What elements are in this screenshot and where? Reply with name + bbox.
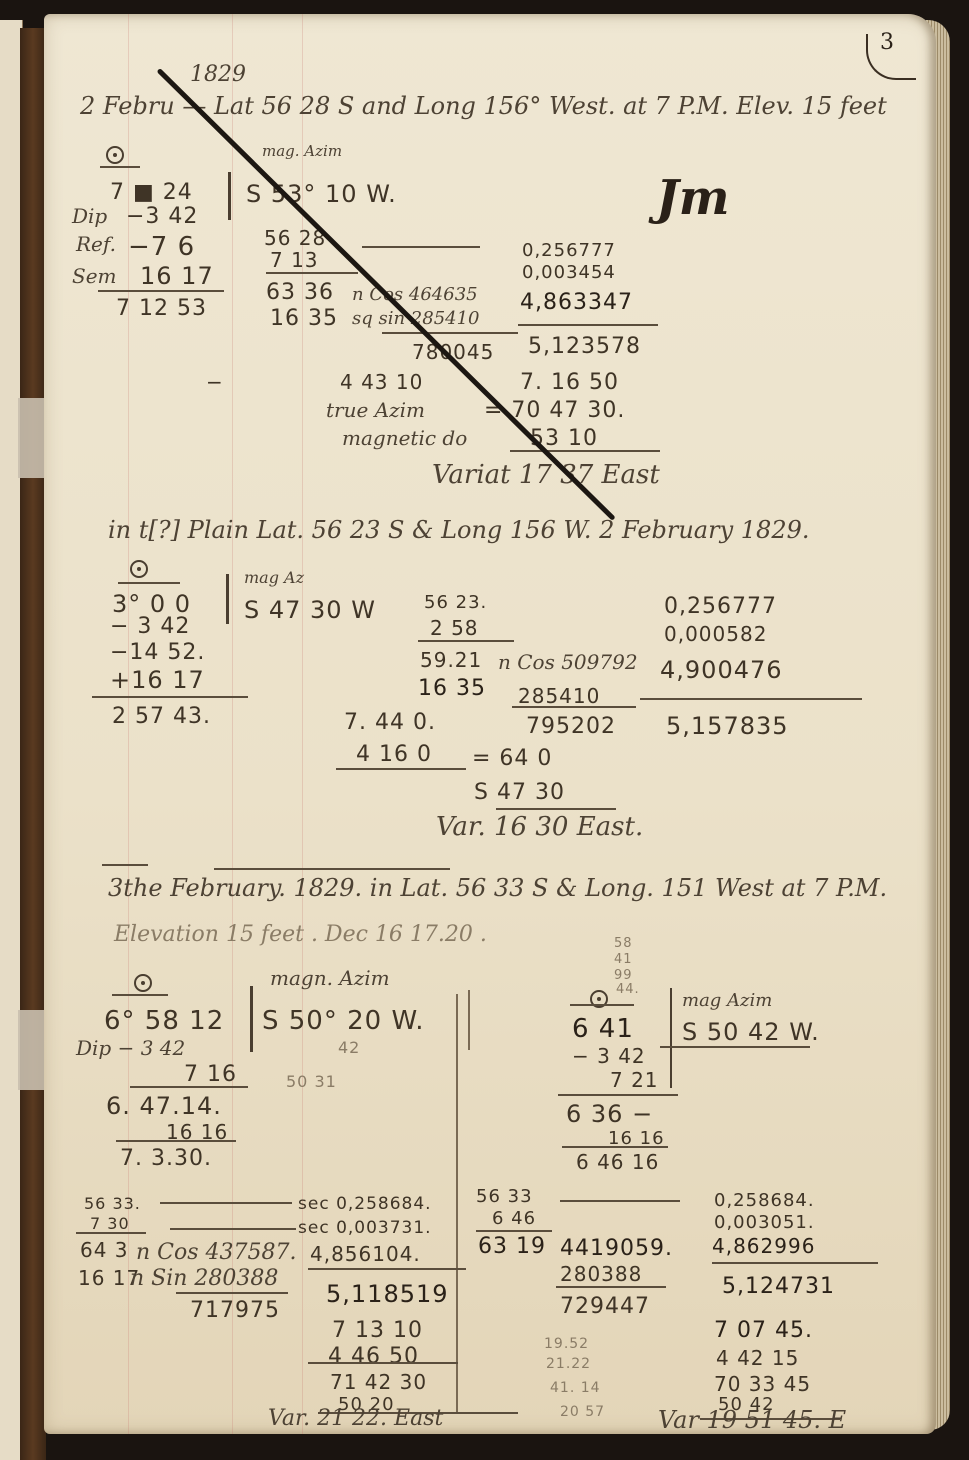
rule-line <box>560 1200 680 1202</box>
signature: Jm <box>656 170 730 226</box>
sum-line <box>556 1286 666 1288</box>
sun-symbol <box>106 146 124 168</box>
sum-line <box>98 290 224 292</box>
sum-line <box>336 768 466 770</box>
lat-row: 16 35 <box>418 676 486 701</box>
alt-row: −14 52. <box>110 640 205 665</box>
log-value: 5,124731 <box>722 1274 835 1299</box>
variation-result: Var. 21 22. East <box>268 1406 443 1431</box>
sum-line <box>308 1362 458 1364</box>
alt-row: 6. 47.14. <box>106 1092 222 1120</box>
sum-line <box>562 1146 668 1148</box>
mag-azim-value: S 50° 20 W. <box>262 1006 424 1036</box>
sum-line <box>130 1086 248 1088</box>
notebook-spine <box>20 28 46 1460</box>
sum-line <box>418 640 514 642</box>
lat-row: 56 23. <box>424 592 487 613</box>
alt-row: 6° 58 12 <box>104 1006 224 1036</box>
mag-azim-label: mag. Azim <box>262 142 342 160</box>
alt-label: Ref. <box>76 232 116 256</box>
lat-row: 56 33. <box>84 1194 141 1213</box>
hour-angle: 4 46 50 <box>328 1344 419 1369</box>
underline <box>570 1004 634 1006</box>
alt-row: 6 46 16 <box>576 1150 659 1174</box>
alt-row: − 3 42 <box>572 1044 646 1068</box>
alt-row: 7 ■ 24 <box>110 180 193 205</box>
divider <box>670 988 672 1088</box>
alt-row: 7. 3.30. <box>120 1146 212 1171</box>
sum-line <box>512 706 636 708</box>
hour-angle: 7 07 45. <box>714 1318 813 1343</box>
log-sum: 795202 <box>526 714 616 739</box>
side-calc: 50 31 <box>286 1072 337 1091</box>
true-azim-value: 71 42 30 <box>330 1370 427 1394</box>
sum-line <box>266 272 358 274</box>
margin-rule <box>232 14 233 1434</box>
side-calc: 41 <box>614 952 633 967</box>
sun-symbol <box>134 974 152 996</box>
sum-line <box>176 1292 288 1294</box>
alt-label: Dip <box>72 204 107 228</box>
log-label: 280388 <box>560 1262 642 1286</box>
log-label: 4419059. <box>560 1236 673 1261</box>
log-value: 4,862996 <box>712 1234 815 1258</box>
log-label: 285410 <box>518 684 600 708</box>
hour-angle: 7. 44 0. <box>344 710 436 735</box>
hour-angle-decimal: 7. 16 50 <box>520 370 619 395</box>
lat-row: 16 35 <box>270 306 338 331</box>
sum-line <box>76 1232 146 1234</box>
underline <box>112 994 168 996</box>
log-label: n Cos 464635 <box>352 284 478 305</box>
rule-line <box>160 1202 292 1204</box>
sum-line <box>712 1262 878 1264</box>
log-label: n Sin 280388 <box>130 1266 278 1291</box>
true-azim-value: 70 33 45 <box>714 1372 811 1396</box>
hour-angle: 7 13 10 <box>332 1318 423 1343</box>
mag-azim-label: magn. Azim <box>270 966 390 990</box>
underline <box>118 582 180 584</box>
page-crease <box>456 994 458 1414</box>
lat-row: 7 13 <box>270 248 319 272</box>
log-value: 0,258684. <box>714 1190 815 1211</box>
dash: − <box>206 370 224 394</box>
alt-row: 6 41 <box>572 1014 634 1044</box>
lat-row: 63 19 <box>478 1234 546 1259</box>
rule-line <box>102 864 148 866</box>
sum-line <box>558 1094 678 1096</box>
log-value: 5,123578 <box>528 334 641 359</box>
side-calc: 41. 14 <box>550 1380 601 1396</box>
lat-row: 64 3 <box>80 1238 129 1262</box>
alt-row: − 3 42 <box>110 614 190 639</box>
lat-row: 63 36 <box>266 280 334 305</box>
log-value: 0,256777 <box>664 594 777 619</box>
log-sum: 717975 <box>190 1298 280 1323</box>
alt-label: Sem <box>72 264 117 288</box>
rule-line <box>214 868 450 870</box>
sum-line <box>496 808 616 810</box>
lat-row: 56 33 <box>476 1186 533 1207</box>
variation-result: Var 19 51 45. E <box>658 1406 846 1434</box>
log-value: 0,256777 <box>522 240 616 261</box>
mag-azim-label: mag Az <box>244 568 304 587</box>
lat-row: 7 30 <box>90 1214 130 1233</box>
section3-header-line1: 3the February. 1829. in Lat. 56 33 S & L… <box>108 874 887 902</box>
side-calc: 19.52 <box>544 1336 589 1352</box>
lat-row: 6 46 <box>492 1208 536 1229</box>
mag-azim-label: mag Azim <box>682 990 772 1011</box>
section2-header: in t[?] Plain Lat. 56 23 S & Long 156 W.… <box>108 516 809 544</box>
sun-symbol <box>130 560 148 582</box>
log-label: n Cos 437587. <box>136 1240 297 1265</box>
alt-row: +16 17 <box>110 666 205 694</box>
alt-row: 2 57 43. <box>112 704 211 729</box>
variation-result: Variat 17 37 East <box>432 460 660 490</box>
sun-symbol <box>590 990 608 1012</box>
sum-line <box>660 1046 810 1048</box>
log-value: sec 0,003731. <box>298 1218 432 1238</box>
side-calc: 44. <box>616 982 640 997</box>
magnetic-value: S 47 30 <box>474 780 565 805</box>
magnetic-label: magnetic do <box>342 426 467 450</box>
log-value: 0,000582 <box>664 622 767 646</box>
lat-row: 2 58 <box>430 616 479 640</box>
mag-azim-value: S 50 42 W. <box>682 1018 820 1046</box>
divider <box>250 986 253 1052</box>
log-value: sec 0,258684. <box>298 1194 432 1214</box>
section1-year: 1829 <box>190 62 246 87</box>
log-value: 5,118519 <box>326 1280 449 1308</box>
alt-row: 16 17 <box>140 262 214 290</box>
log-value: 0,003051. <box>714 1212 815 1233</box>
side-calc: 58 <box>614 936 633 951</box>
alt-row: 7 21 <box>610 1068 659 1092</box>
section3-header-line2: Elevation 15 feet . Dec 16 17.20 . <box>114 922 487 947</box>
true-azim-value: = 64 0 <box>472 746 552 771</box>
lat-row: 59.21 <box>420 648 482 672</box>
alt-row: 7 16 <box>184 1062 237 1087</box>
sum-line <box>640 698 862 700</box>
sum-line <box>116 1140 236 1142</box>
hour-angle: 4 43 10 <box>340 370 423 394</box>
alt-row: −7 6 <box>128 232 195 262</box>
log-value: 4,900476 <box>660 656 783 684</box>
rule-line <box>170 1228 296 1230</box>
side-calc: 21.22 <box>546 1356 591 1372</box>
log-value: 5,157835 <box>666 712 789 740</box>
sum-line <box>518 324 658 326</box>
hour-angle: 4 16 0 <box>356 742 432 767</box>
sum-line <box>476 1230 552 1232</box>
sum-line <box>308 1268 466 1270</box>
true-azim-label: true Azim <box>326 398 425 422</box>
side-calc: 20 57 <box>560 1404 605 1420</box>
rule-line <box>362 246 480 248</box>
log-sum: 729447 <box>560 1294 650 1319</box>
divider <box>228 172 231 220</box>
sum-line <box>92 696 248 698</box>
sum-line <box>382 332 518 334</box>
log-value: 4,856104. <box>310 1242 421 1266</box>
alt-row: Dip − 3 42 <box>76 1036 185 1060</box>
mag-azim-value: S 47 30 W <box>244 596 376 624</box>
log-value: 0,003454 <box>522 262 616 283</box>
sum-line <box>510 450 660 452</box>
alt-row: −3 42 <box>126 204 198 229</box>
hour-angle: 4 42 15 <box>716 1346 799 1370</box>
alt-row: 7 12 53 <box>116 296 207 321</box>
log-label: n Cos 509792 <box>498 650 638 674</box>
side-calc: 99 <box>614 968 633 983</box>
divider <box>226 574 229 624</box>
mag-azim-value: S 53° 10 W. <box>246 180 397 208</box>
underline <box>100 166 140 168</box>
variation-result: Var. 16 30 East. <box>436 812 643 842</box>
alt-row: 6 36 − <box>566 1100 653 1128</box>
page-crease <box>468 990 470 1050</box>
side-calc: 42 <box>338 1038 360 1057</box>
log-value: 4,863347 <box>520 290 633 315</box>
